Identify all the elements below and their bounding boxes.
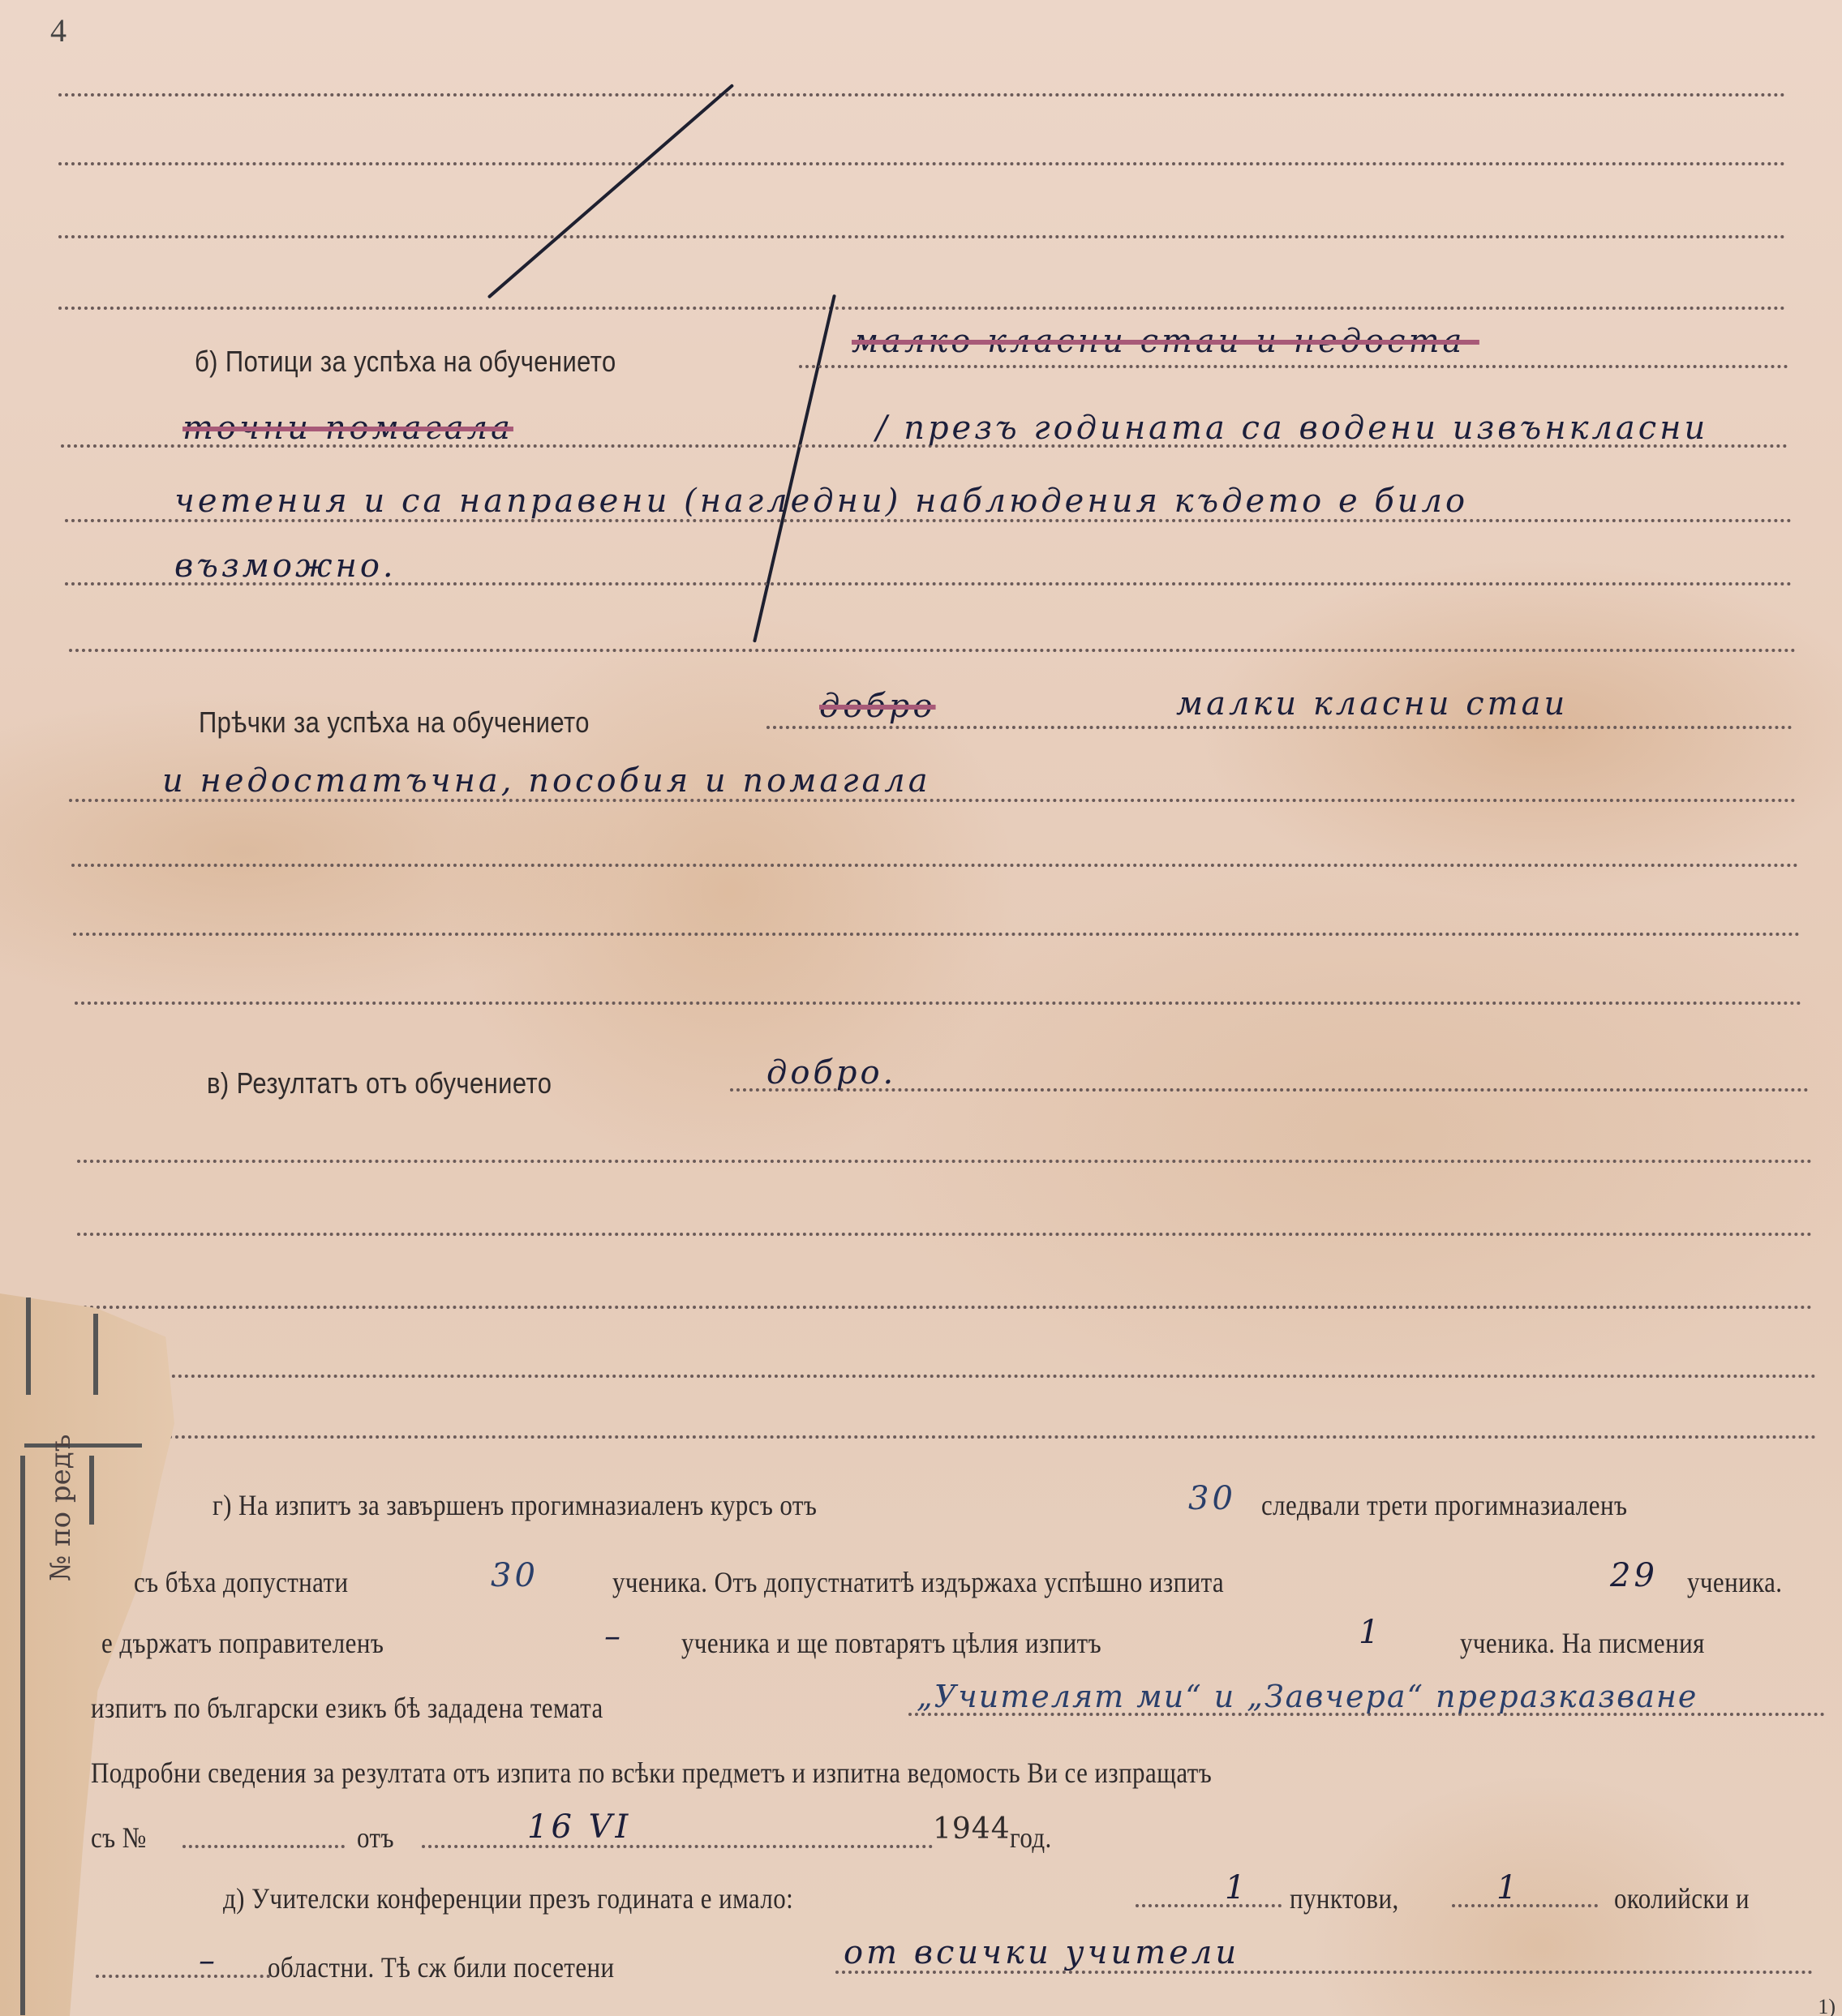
blank-line (58, 307, 1786, 310)
obstacles-label: Прѣчки за успѣха на обучението (199, 706, 590, 740)
exam-line-2-pre: съ бѣха допустнати (134, 1565, 349, 1599)
blank-line (71, 864, 1799, 867)
conf-line-1-post: околийски и (1614, 1881, 1750, 1915)
table-border (24, 1443, 142, 1448)
incentives-answer-1: / презъ годината са водени извънкласни (876, 410, 1708, 447)
blank-line (58, 93, 1786, 97)
exam-line-3-val: – (604, 1618, 624, 1655)
conf-line-1-mid: пунктови, (1290, 1881, 1399, 1915)
blank-line (69, 649, 1797, 652)
incentives-answer-3: възможно. (174, 547, 397, 585)
blank-line (77, 1160, 1813, 1163)
exam-date: 16 VI (527, 1808, 631, 1846)
incentives-label: б) Потици за успѣха на обучението (195, 345, 616, 379)
exam-line-5: Подробни сведения за резултата отъ изпит… (91, 1756, 1212, 1790)
blank-line (73, 933, 1801, 936)
blank-line (75, 1002, 1802, 1005)
exam-line-6-no: съ № (91, 1821, 147, 1855)
conf-line-1-pre: д) Учителски конференции презъ годината … (223, 1881, 793, 1915)
blank-line (77, 1306, 1813, 1309)
obstacles-answer-2: и недостатъчна, пособия и помагала (162, 762, 931, 800)
exam-line-3-val2: 1 (1359, 1614, 1382, 1651)
conf-line-1-val2: 1 (1496, 1869, 1520, 1907)
exam-year: 1944 (933, 1812, 1011, 1846)
exam-line-3-pre: е държатъ поправителенъ (101, 1626, 384, 1660)
incentives-crossed: малко класни стаи и недоста- (852, 323, 1479, 360)
exam-line-2-post: ученика. (1687, 1565, 1782, 1599)
exam-line-2-mid: ученика. Отъ допустнатитѣ издържаха успѣ… (612, 1565, 1224, 1599)
footnote-mark: 1) (1818, 1995, 1836, 2016)
exam-line-1-val: 30 (1188, 1480, 1236, 1517)
result-label: в) Резултатъ отъ обучението (207, 1066, 552, 1100)
incentives-answer-2: четения и са направени (нагледни) наблюд… (174, 483, 1468, 520)
conf-line-2-val: – (199, 1942, 218, 1980)
answer-line (182, 1845, 345, 1848)
answer-line (1136, 1904, 1282, 1907)
exam-line-4-pre: изпитъ по български езикъ бѣ зададена те… (91, 1691, 603, 1725)
answer-line (96, 1975, 270, 1978)
blank-line (162, 1435, 1817, 1439)
margin-side-label: № по редъ (45, 1435, 77, 1581)
exam-line-2-val2: 29 (1610, 1557, 1658, 1594)
exam-line-1-post: следвали трети прогимназиаленъ (1261, 1488, 1627, 1522)
exam-line-3-mid: ученика и ще повтарятъ цѣлия изпитъ (681, 1626, 1101, 1660)
blank-line (58, 162, 1786, 165)
incentives-crossed-cont: точни помагала (182, 410, 513, 447)
answer-line (1452, 1904, 1598, 1907)
result-value: добро. (766, 1054, 896, 1092)
exam-line-2-val: 30 (491, 1557, 539, 1594)
exam-line-6-god: год. (1010, 1821, 1052, 1855)
answer-line (766, 726, 1793, 729)
exam-theme: „Учителят ми“ и „Завчера“ преразказване (917, 1679, 1698, 1714)
exam-line-1-pre: г) На изпитъ за завършенъ прогимназиален… (213, 1488, 817, 1522)
obstacles-answer-1: малки класни стаи (1176, 685, 1568, 723)
blank-line (58, 235, 1786, 238)
table-border (26, 1298, 31, 1395)
conf-line-1-val: 1 (1225, 1869, 1248, 1907)
obstacles-crossed: добро (819, 688, 936, 725)
blank-line (81, 1375, 1817, 1378)
page-number: 4 (50, 11, 67, 49)
table-border (89, 1456, 94, 1525)
answer-line (422, 1845, 933, 1848)
blank-line (77, 1233, 1813, 1236)
table-border (93, 1314, 98, 1395)
exam-line-3-post: ученика. На писмения (1460, 1626, 1705, 1660)
table-border (20, 1456, 25, 2015)
conf-line-2-hw: от всички учители (844, 1934, 1239, 1971)
conf-line-2-mid: областни. Тѣ сж били посетени (268, 1950, 615, 1984)
exam-line-6-from: отъ (357, 1821, 394, 1855)
answer-line (799, 365, 1788, 368)
